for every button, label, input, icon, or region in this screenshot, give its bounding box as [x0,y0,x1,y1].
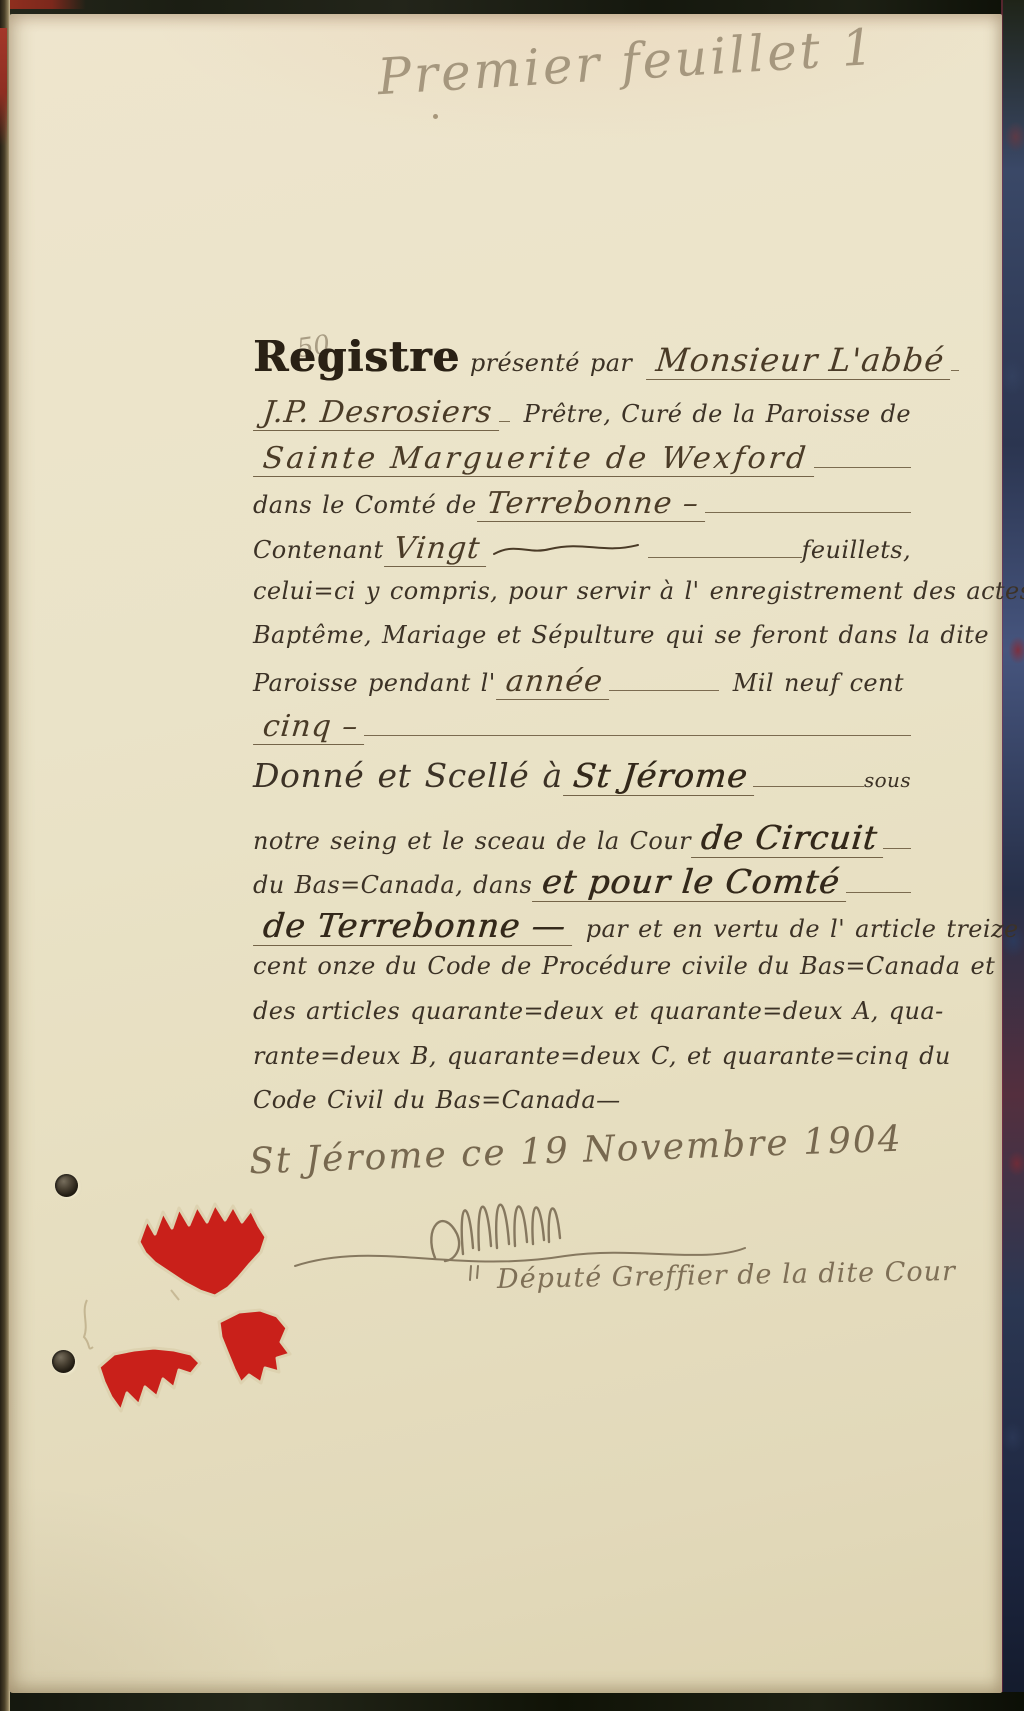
ink-speck [433,114,438,119]
printed-text: Paroisse pendant l' [253,669,496,697]
pen-flourish [492,540,642,562]
ruled-line [609,673,719,691]
punch-hole [52,1350,75,1373]
ruled-line [753,769,864,787]
printed-text: cent onze du Code de Procédure civile du… [253,952,995,980]
handwritten-entry: J.P. Desrosiers [253,395,502,431]
form-line: Contenant Vingt feuillets, [253,531,911,567]
handwritten-entry: de Terrebonne — [253,906,576,946]
seal-fragment-left [99,1348,200,1411]
registre-title: Registre [253,332,470,381]
form-line: dans le Comté de Terrebonne – [253,486,911,522]
ruled-line [705,495,911,513]
form-line: Code Civil du Bas=Canada— [253,1086,911,1114]
printed-text: Prêtre, Curé de la Paroisse de [524,400,911,428]
form-line: rante=deux B, quarante=deux C, et quaran… [253,1042,911,1070]
form-line: Registre présenté par Monsieur L'abbé [253,332,911,381]
handwritten-entry: Terrebonne – [477,486,709,522]
book-top-binding [0,0,1004,15]
top-red-edge [0,0,86,9]
handwritten-entry: de Circuit [691,818,887,858]
clerk-role-line: Député Greffier de la dite Cour [497,1256,956,1295]
handwritten-entry: et pour le Comté [532,862,850,902]
printed-text: sous [864,768,911,792]
handwritten-entry: Vingt [384,531,490,567]
seal-fragment-right [219,1310,290,1383]
form-line: des articles quarante=deux et quarante=d… [253,997,911,1025]
printed-text: celui=ci y compris, pour servir à l' enr… [253,577,1024,605]
form-line: cent onze du Code de Procédure civile du… [253,952,911,980]
ruled-line [883,831,911,849]
form-line: J.P. Desrosiers Prêtre, Curé de la Paroi… [253,395,911,431]
printed-text: des articles quarante=deux et quarante=d… [253,997,944,1025]
book-bottom-binding [0,1692,1024,1711]
handwritten-entry: St Jérome [563,756,758,796]
wax-seal-fragments [79,1182,311,1434]
ruled-line [846,875,911,893]
ruled-line [364,718,911,736]
printed-text: rante=deux B, quarante=deux C, et quaran… [253,1042,951,1070]
printed-text: du Bas=Canada, dans [253,871,532,899]
ruled-line [814,450,911,468]
handwritten-entry: Monsieur L'abbé [646,341,954,380]
printed-text: Contenant [253,536,384,564]
handwritten-entry: Sainte Marguerite de Wexford [253,441,818,477]
punch-hole [55,1174,78,1197]
left-red-edge [0,28,7,146]
handwritten-entry: cinq – [253,709,368,745]
handwritten-entry: année [496,664,613,700]
scanned-register-page: Premier feuillet 1 50 Registre présenté … [0,0,1024,1711]
register-title-page: Premier feuillet 1 50 Registre présenté … [9,14,1002,1693]
form-line: Paroisse pendant l' année Mil neuf cent [253,664,911,700]
printed-text: par et en vertu de l' article treize [586,915,1019,943]
form-line: celui=ci y compris, pour servir à l' enr… [253,577,911,605]
printed-text: Mil neuf cent [733,669,904,697]
printed-text: Donné et Scellé à [253,756,563,795]
form-line: Sainte Marguerite de Wexford [253,441,911,477]
form-line: du Bas=Canada, dans et pour le Comté [253,862,911,902]
form-line: Donné et Scellé à St Jérome sous [253,756,911,796]
form-line: de Terrebonne — par et en vertu de l' ar… [253,906,911,946]
form-line: Baptême, Mariage et Sépulture qui se fer… [253,621,911,649]
printed-text: Baptême, Mariage et Sépulture qui se fer… [253,621,989,649]
printed-text: feuillets, [802,536,911,564]
seal-fragment-top [139,1204,266,1296]
printed-text: notre seing et le sceau de la Cour [253,827,691,855]
ruled-line [648,540,802,558]
marbled-board-edge [1001,0,1024,1711]
printed-text: Code Civil du Bas=Canada— [253,1086,621,1114]
printed-text: dans le Comté de [253,491,477,519]
header-pencil-annotation: Premier feuillet 1 [376,12,978,107]
form-line: cinq – [253,709,911,745]
printed-text: présenté par [470,349,632,377]
form-line: notre seing et le sceau de la Cour de Ci… [253,818,911,858]
